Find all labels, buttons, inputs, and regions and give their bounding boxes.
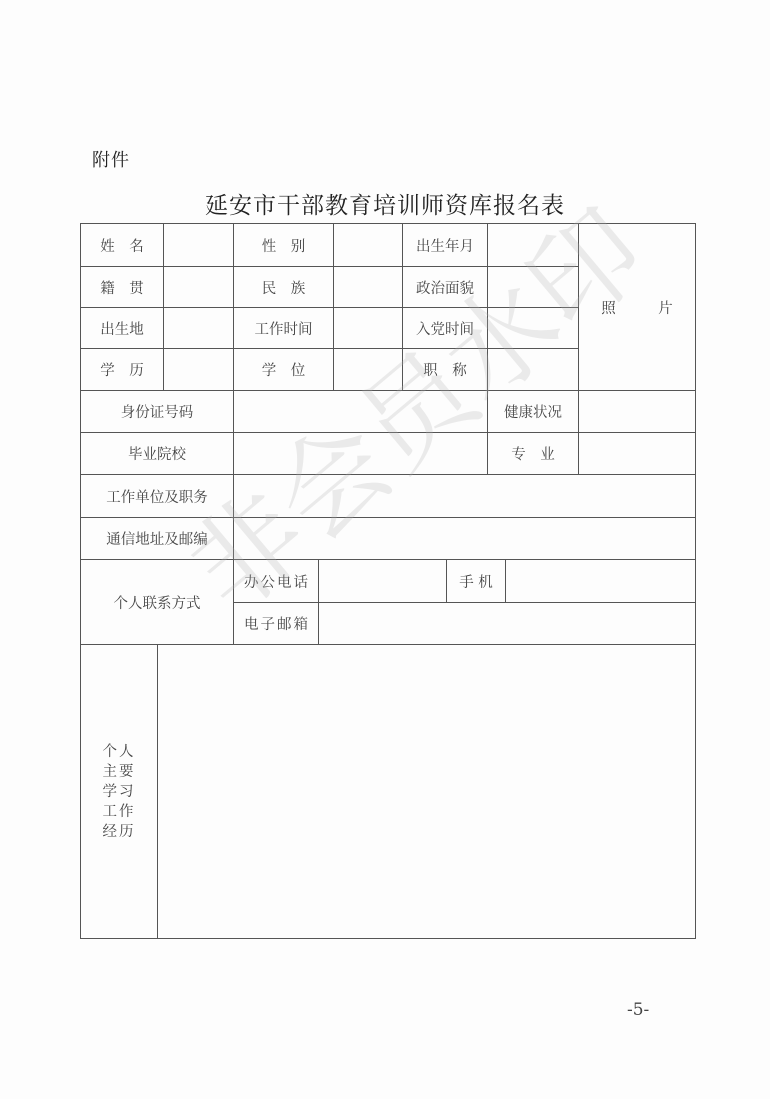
label-address-zip: 通信地址及邮编 [80,517,234,560]
label-experience: 个人 主要 学习 工作 经历 [80,644,158,939]
label-work-start: 工作时间 [233,307,334,349]
input-birthplace[interactable] [163,307,234,349]
input-office-phone[interactable] [318,559,447,603]
input-school[interactable] [233,432,488,475]
label-email: 电子邮箱 [233,602,319,645]
label-id-number: 身份证号码 [80,390,234,433]
photo-box[interactable]: 照 片 [578,223,696,391]
input-birth-date[interactable] [487,223,579,267]
experience-line: 学习 [103,782,136,802]
label-major: 专 业 [487,432,579,475]
input-experience[interactable] [157,644,696,939]
input-degree[interactable] [333,348,403,391]
label-name: 姓 名 [80,223,164,267]
label-mobile: 手 机 [446,559,506,603]
attachment-label: 附件 [92,146,130,172]
label-birthplace: 出生地 [80,307,164,349]
experience-line: 经历 [103,822,136,842]
label-school: 毕业院校 [80,432,234,475]
experience-line: 主要 [103,762,136,782]
label-native-place: 籍 贯 [80,266,164,308]
input-id-number[interactable] [233,390,488,433]
label-contact: 个人联系方式 [80,559,234,645]
label-ethnicity: 民 族 [233,266,334,308]
label-education: 学 历 [80,348,164,391]
label-degree: 学 位 [233,348,334,391]
input-address-zip[interactable] [233,517,696,560]
input-title-rank[interactable] [487,348,579,391]
input-employer-position[interactable] [233,474,696,518]
label-gender: 性 别 [233,223,334,267]
experience-line: 个人 [103,742,136,762]
label-political-status: 政治面貌 [402,266,488,308]
label-birth-date: 出生年月 [402,223,488,267]
input-party-join[interactable] [487,307,579,349]
page-number: -5- [627,1000,649,1020]
label-office-phone: 办公电话 [233,559,319,603]
label-employer-position: 工作单位及职务 [80,474,234,518]
experience-line: 工作 [103,802,136,822]
label-health: 健康状况 [487,390,579,433]
input-work-start[interactable] [333,307,403,349]
input-mobile[interactable] [505,559,696,603]
label-title-rank: 职 称 [402,348,488,391]
input-native-place[interactable] [163,266,234,308]
input-health[interactable] [578,390,696,433]
input-education[interactable] [163,348,234,391]
input-gender[interactable] [333,223,403,267]
label-party-join: 入党时间 [402,307,488,349]
input-name[interactable] [163,223,234,267]
form-title: 延安市干部教育培训师资库报名表 [0,187,770,220]
input-political-status[interactable] [487,266,579,308]
input-major[interactable] [578,432,696,475]
input-ethnicity[interactable] [333,266,403,308]
input-email[interactable] [318,602,696,645]
